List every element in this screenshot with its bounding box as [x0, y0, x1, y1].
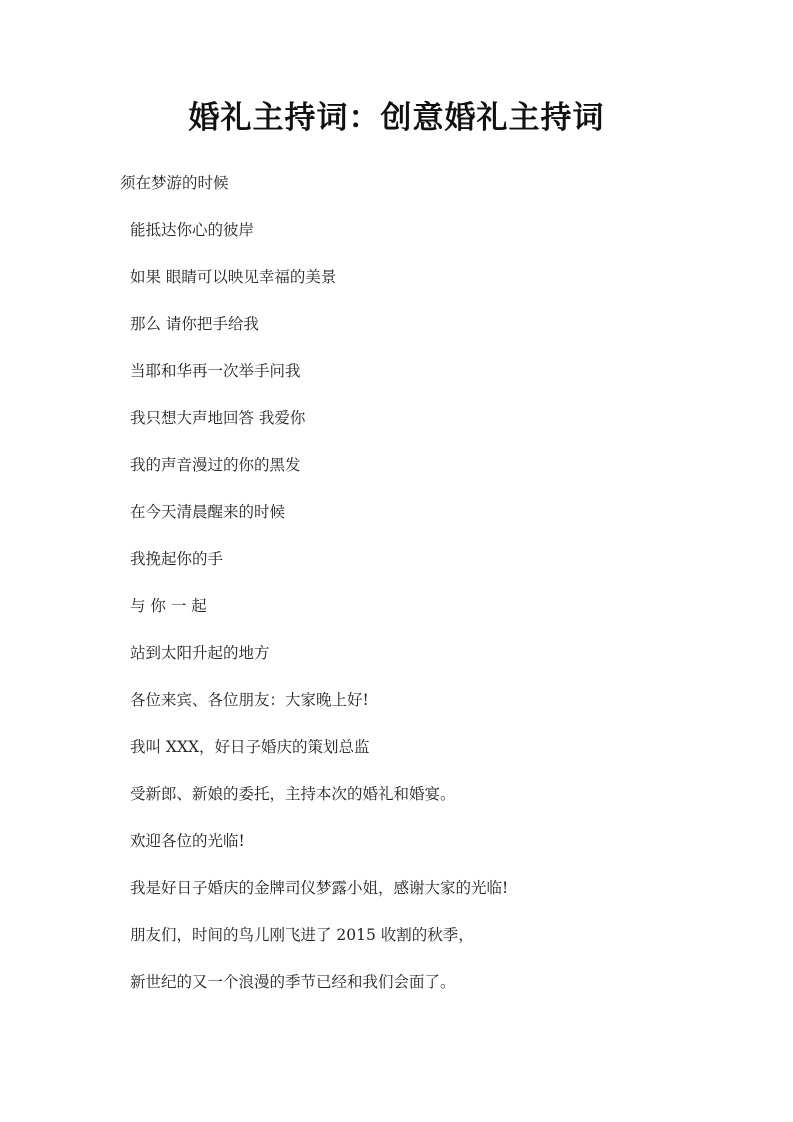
text-line: 新世纪的又一个浪漫的季节已经和我们会面了。 [130, 970, 456, 994]
text-line: 我是好日子婚庆的金牌司仪梦露小姐，感谢大家的光临! [130, 876, 508, 900]
document-page: 婚礼主持词：创意婚礼主持词 须在梦游的时候 能抵达你心的彼岸 如果 眼睛可以映见… [0, 0, 793, 1122]
text-line: 当耶和华再一次举手问我 [130, 359, 301, 383]
text-line: 站到太阳升起的地方 [130, 641, 270, 665]
text-line: 各位来宾、各位朋友：大家晚上好! [130, 688, 369, 712]
text-line: 须在梦游的时候 [120, 171, 229, 195]
text-line: 朋友们，时间的鸟儿刚飞进了 2015 收割的秋季， [130, 923, 474, 947]
text-line: 我只想大声地回答 我爱你 [130, 406, 305, 430]
text-line: 如果 眼睛可以映见幸福的美景 [130, 265, 336, 289]
text-line: 我的声音漫过的你的黑发 [130, 453, 301, 477]
document-title: 婚礼主持词：创意婚礼主持词 [0, 96, 793, 140]
text-line: 欢迎各位的光临! [130, 829, 245, 853]
text-line: 我叫 XXX，好日子婚庆的策划总监 [130, 735, 370, 759]
text-line: 在今天清晨醒来的时候 [130, 500, 285, 524]
text-line: 受新郎、新娘的委托，主持本次的婚礼和婚宴。 [130, 782, 456, 806]
text-line: 那么 请你把手给我 [130, 312, 259, 336]
text-line: 我挽起你的手 [130, 547, 223, 571]
text-line: 能抵达你心的彼岸 [130, 218, 254, 242]
text-line: 与 你 一 起 [130, 594, 207, 618]
